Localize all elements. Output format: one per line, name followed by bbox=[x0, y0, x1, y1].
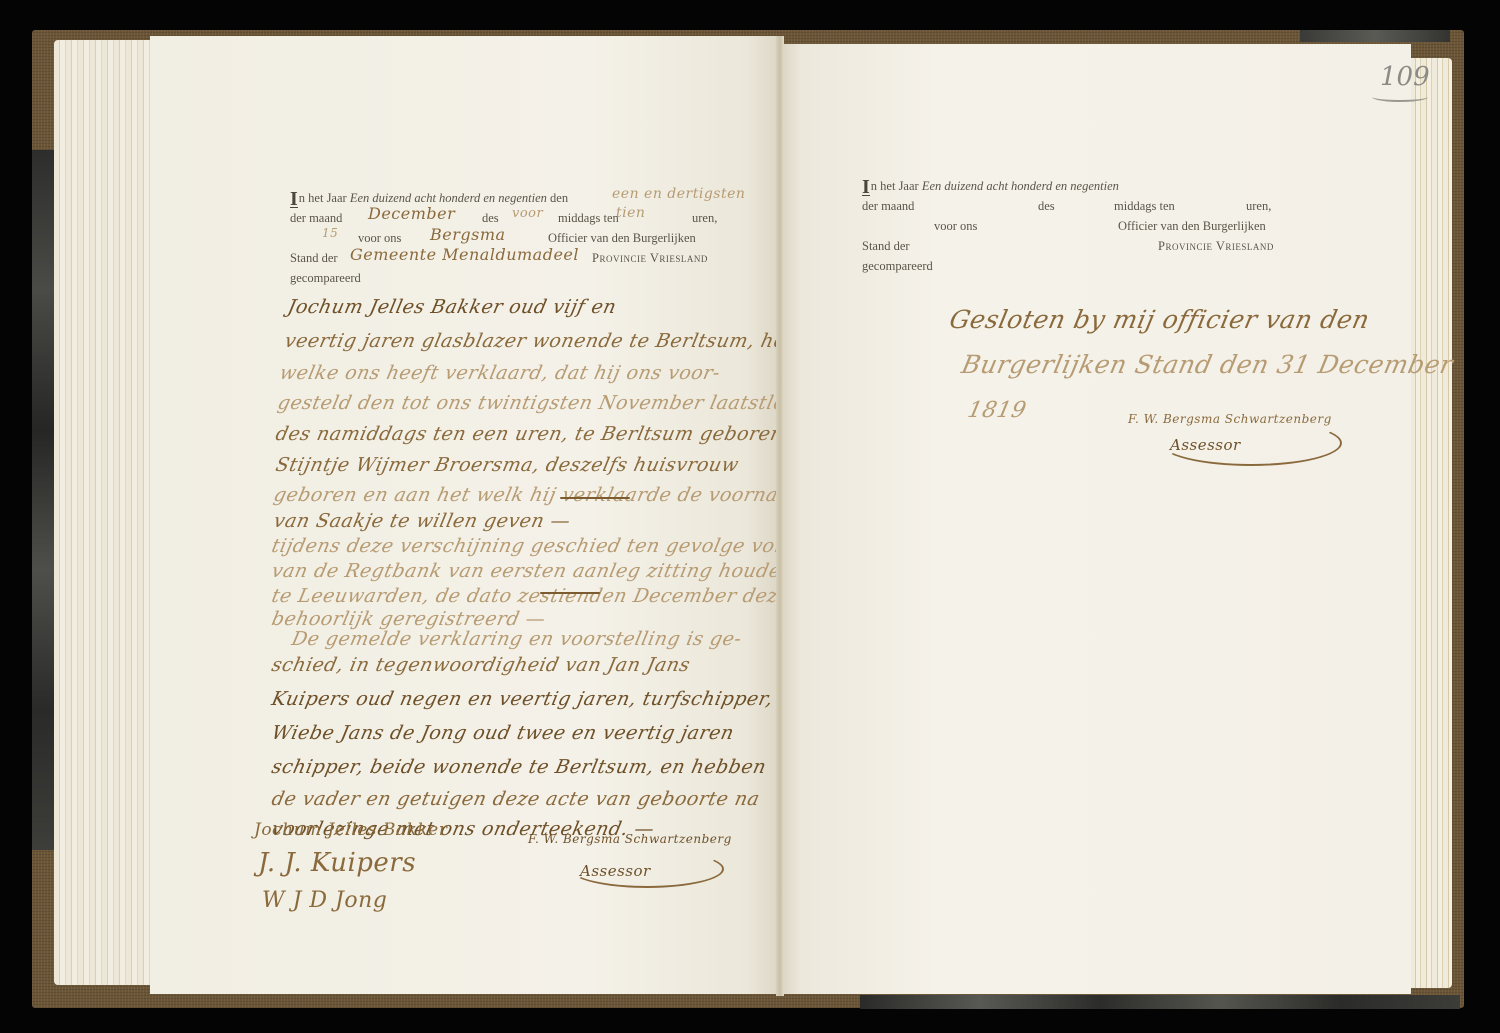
body-line: Wiebe Jans de Jong oud twee en veertig j… bbox=[270, 722, 736, 744]
dash-stroke bbox=[560, 497, 630, 499]
decorated-initial: I bbox=[290, 191, 298, 208]
form-line-5: gecompareerd bbox=[862, 256, 1292, 276]
marbled-board-top bbox=[1300, 30, 1450, 42]
filled-officer: Bergsma bbox=[430, 225, 506, 244]
form-text: den bbox=[550, 191, 568, 205]
form-year: Een duizend acht honderd en negentien bbox=[922, 179, 1119, 193]
left-printed-form: In het Jaar Een duizend acht honderd en … bbox=[290, 188, 770, 288]
marbled-board-bottom bbox=[860, 995, 1460, 1009]
form-province: Provincie Vriesland bbox=[592, 248, 708, 268]
form-text: Officier van den Burgerlijken bbox=[1118, 216, 1266, 236]
signature-witness-1: J. J. Kuipers bbox=[258, 848, 416, 878]
body-line: welke ons heeft verklaard, dat hij ons v… bbox=[278, 362, 723, 384]
form-text: middags ten bbox=[558, 208, 619, 228]
form-text: Stand der bbox=[862, 236, 910, 256]
form-province: Provincie Vriesland bbox=[1158, 236, 1274, 256]
form-year: Een duizend acht honderd en negentien bbox=[350, 191, 547, 205]
signature-flourish bbox=[570, 850, 724, 888]
closing-line: 1819 bbox=[965, 398, 1028, 423]
signature-father: Jochum Jelles Bakker bbox=[254, 820, 447, 840]
filled-number: 15 bbox=[322, 226, 338, 240]
body-line: schipper, beide wonende te Berltsum, en … bbox=[270, 756, 769, 778]
form-text: n het Jaar bbox=[871, 179, 919, 193]
decorated-initial: I bbox=[862, 179, 870, 196]
form-line-5: gecompareerd bbox=[290, 268, 770, 288]
body-line: Stijntje Wijmer Broersma, deszelfs huisv… bbox=[274, 454, 741, 476]
body-line: des namiddags ten een uren, te Berltsum … bbox=[274, 423, 786, 445]
signature-witness-2: W J D Jong bbox=[262, 888, 387, 913]
form-text: n het Jaar bbox=[299, 191, 347, 205]
closing-line: Gesloten by mij officier van den bbox=[947, 305, 1372, 334]
form-text: gecompareerd bbox=[862, 256, 933, 276]
body-line: tijdens deze verschijning geschied ten g… bbox=[270, 535, 820, 557]
page-stack-right bbox=[1410, 58, 1452, 988]
page-number-underline bbox=[1372, 92, 1428, 102]
closing-line: Burgerlijken Stand den 31 December bbox=[959, 350, 1456, 379]
form-text: middags ten bbox=[1114, 196, 1175, 216]
form-text: der maand bbox=[862, 196, 914, 216]
form-text: des bbox=[1038, 196, 1055, 216]
filled-gemeente: Gemeente Menaldumadeel bbox=[350, 245, 579, 264]
body-line: schied, in tegenwoordigheid van Jan Jans bbox=[270, 654, 693, 676]
body-line: Kuipers oud negen en veertig jaren, turf… bbox=[270, 688, 807, 710]
filled-day: een en dertigsten bbox=[612, 186, 745, 202]
form-line-2: der maand des middags ten uren, bbox=[862, 196, 1292, 216]
body-line: gesteld den tot ons twintigsten November… bbox=[276, 392, 825, 414]
dash-stroke bbox=[540, 592, 600, 594]
page-stack-left bbox=[54, 40, 164, 985]
form-text: gecompareerd bbox=[290, 268, 361, 288]
marbled-board-left bbox=[32, 150, 54, 850]
body-line: de vader en getuigen deze acte van geboo… bbox=[270, 788, 762, 810]
body-line: veertig jaren glasblazer wonende te Berl… bbox=[283, 330, 803, 352]
filled-hour: tien bbox=[616, 205, 645, 221]
body-line: van de Regtbank van eersten aanleg zitti… bbox=[270, 560, 821, 582]
body-line: behoorlijk geregistreerd — bbox=[270, 608, 548, 630]
filled-month: December bbox=[368, 204, 455, 223]
form-line-1: In het Jaar Een duizend acht honderd en … bbox=[862, 176, 1292, 196]
form-text: Stand der bbox=[290, 248, 338, 268]
body-line: van Saakje te willen geven — bbox=[272, 510, 573, 532]
signature-flourish bbox=[1160, 420, 1342, 466]
form-line-3: voor ons Officier van den Burgerlijken bbox=[862, 216, 1292, 236]
form-text: der maand bbox=[290, 208, 342, 228]
right-printed-form: In het Jaar Een duizend acht honderd en … bbox=[862, 176, 1292, 276]
filled-part-of-day: voor bbox=[512, 206, 543, 221]
form-line-4: Stand der Provincie Vriesland bbox=[862, 236, 1292, 256]
body-line: De gemelde verklaring en voorstelling is… bbox=[290, 628, 744, 650]
body-line: te Leeuwarden, de dato zestienden Decemb… bbox=[270, 585, 859, 607]
form-text: uren, bbox=[692, 208, 717, 228]
body-line: geboren en aan het welk hij verklaarde d… bbox=[272, 484, 811, 506]
page-number: 109 bbox=[1380, 62, 1430, 92]
signature-officer: F. W. Bergsma Schwartzenberg bbox=[528, 832, 732, 846]
form-text: voor ons bbox=[934, 216, 977, 236]
form-text: uren, bbox=[1246, 196, 1271, 216]
body-line: Jochum Jelles Bakker oud vijf en bbox=[286, 296, 619, 318]
